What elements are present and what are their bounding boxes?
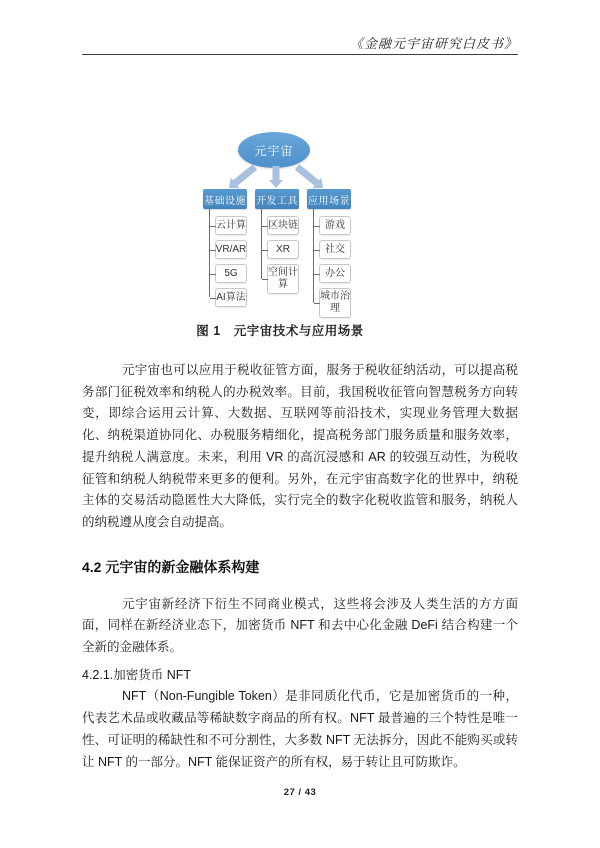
branch-connector-line bbox=[209, 209, 210, 297]
tree-item: VR/AR bbox=[215, 240, 247, 259]
arrow-right-icon bbox=[295, 164, 323, 188]
root-node-label: 元宇宙 bbox=[254, 142, 293, 159]
tree-item: 城市治理 bbox=[319, 288, 351, 318]
branch-connector-line bbox=[261, 209, 262, 279]
branch-infrastructure: 基础设施 云计算 VR/AR 5G AI算法 bbox=[203, 189, 247, 307]
diagram-arrows bbox=[210, 164, 345, 192]
section-heading-4-2: 4.2 元宇宙的新金融体系构建 bbox=[82, 557, 518, 578]
branch-dev-tools: 开发工具 区块链 XR 空间计算 bbox=[255, 189, 299, 294]
tree-item: 游戏 bbox=[319, 216, 351, 235]
branch-app-scenarios: 应用场景 游戏 社交 办公 城市治理 bbox=[307, 189, 351, 318]
page-number: 27 / 43 bbox=[0, 787, 600, 798]
tree-item: 云计算 bbox=[215, 216, 247, 235]
diagram-root-node: 元宇宙 bbox=[238, 132, 310, 168]
paragraph-taxation: 元宇宙也可以应用于税收征管方面，服务于税收征纳活动，可以提高税务部门征税效率和纳… bbox=[82, 360, 518, 534]
branch-connector-line bbox=[313, 209, 314, 303]
subsection-heading-4-2-1: 4.2.1.加密货币 NFT bbox=[82, 665, 518, 687]
branch-header: 应用场景 bbox=[307, 189, 351, 209]
document-page: 《金融元宇宙研究白皮书》 元宇宙 基础设施 云计算 VR/AR 5G AI算法 … bbox=[0, 0, 600, 848]
paragraph-nft: NFT（Non-Fungible Token）是非同质化代币，它是加密货币的一种… bbox=[82, 686, 518, 773]
body-text: 元宇宙也可以应用于税收征管方面，服务于税收征纳活动，可以提高税务部门征税效率和纳… bbox=[82, 360, 518, 773]
tree-item: 区块链 bbox=[267, 216, 299, 235]
tree-item: XR bbox=[267, 240, 299, 259]
branch-header: 基础设施 bbox=[203, 189, 247, 209]
metaverse-diagram: 元宇宙 基础设施 云计算 VR/AR 5G AI算法 开发工具 区块链 XR 空… bbox=[0, 0, 600, 340]
arrow-down-icon bbox=[269, 166, 283, 188]
tree-item: 办公 bbox=[319, 264, 351, 283]
paragraph-new-finance: 元宇宙新经济下衍生不同商业模式，这些将会涉及人类生活的方方面面，同样在新经济业态… bbox=[82, 594, 518, 659]
tree-item: 社交 bbox=[319, 240, 351, 259]
figure-caption: 图 1 元宇宙技术与应用场景 bbox=[120, 321, 440, 339]
tree-item: 5G bbox=[215, 264, 247, 283]
branch-header: 开发工具 bbox=[255, 189, 299, 209]
arrow-left-icon bbox=[229, 164, 257, 188]
tree-item: 空间计算 bbox=[267, 264, 299, 294]
tree-item: AI算法 bbox=[215, 288, 247, 307]
